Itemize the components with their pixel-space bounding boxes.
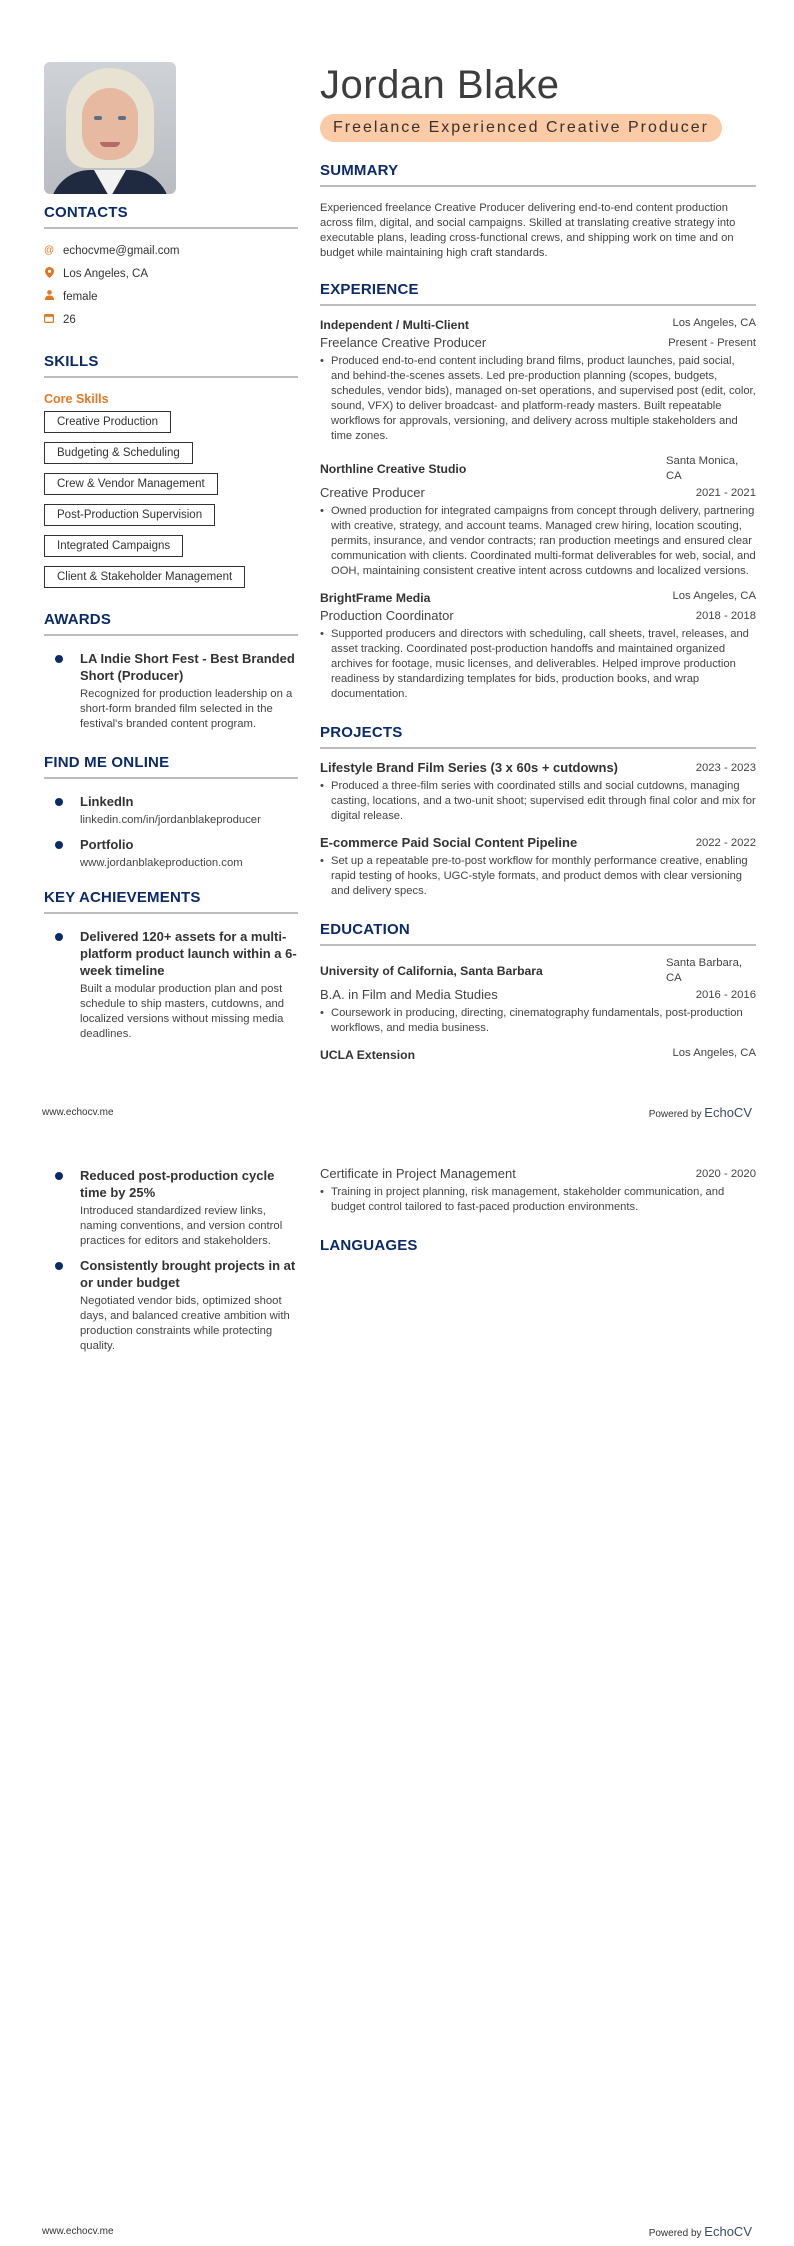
- summary-text: Experienced freelance Creative Producer …: [320, 201, 756, 261]
- bullet-dot: [55, 933, 63, 941]
- left-column: CONTACTS @ echocvme@gmail.com Los Angele…: [44, 62, 298, 1050]
- experience-section: EXPERIENCE Independent / Multi-Client Lo…: [320, 281, 756, 702]
- powered-by: Powered by EchoCV: [649, 2224, 752, 2239]
- page-footer: www.echocv.me Powered by EchoCV: [0, 2222, 794, 2242]
- contact-age: 26: [44, 308, 298, 331]
- bullet-dot: [55, 1262, 63, 1270]
- right-column: Jordan Blake Freelance Experienced Creat…: [320, 62, 756, 1070]
- skills-section: SKILLS Core Skills Creative Production B…: [44, 353, 298, 597]
- experience-entry: BrightFrame Media Los Angeles, CA Produc…: [320, 589, 756, 702]
- calendar-icon: [44, 314, 54, 326]
- achievement-item: Consistently brought projects in at or u…: [44, 1257, 298, 1354]
- skill-chip: Budgeting & Scheduling: [44, 442, 193, 464]
- online-section: FIND ME ONLINE LinkedIn linkedin.com/in/…: [44, 754, 298, 871]
- project-entry: E-commerce Paid Social Content Pipeline …: [320, 834, 756, 899]
- left-column-continued: Reduced post-production cycle time by 25…: [44, 1167, 298, 1362]
- page-footer: www.echocv.me Powered by EchoCV: [0, 1103, 794, 1123]
- skill-chip: Post-Production Supervision: [44, 504, 215, 526]
- experience-entry: Independent / Multi-Client Los Angeles, …: [320, 316, 756, 444]
- powered-by: Powered by EchoCV: [649, 1105, 752, 1120]
- contacts-section: CONTACTS @ echocvme@gmail.com Los Angele…: [44, 204, 298, 331]
- experience-entry: Northline Creative Studio Santa Monica, …: [320, 454, 756, 579]
- location-pin-icon: [44, 267, 54, 281]
- awards-section: AWARDS LA Indie Short Fest - Best Brande…: [44, 611, 298, 732]
- linkedin-link[interactable]: linkedin.com/in/jordanblakeproducer: [80, 813, 298, 828]
- project-entry: Lifestyle Brand Film Series (3 x 60s + c…: [320, 759, 756, 824]
- summary-section: SUMMARY Experienced freelance Creative P…: [320, 162, 756, 261]
- achievements-section: KEY ACHIEVEMENTS Delivered 120+ assets f…: [44, 889, 298, 1042]
- footer-site-link[interactable]: www.echocv.me: [42, 2226, 114, 2237]
- achievements-heading: KEY ACHIEVEMENTS: [44, 889, 298, 914]
- bullet-dot: [55, 798, 63, 806]
- right-column-continued: Certificate in Project Management 2020 -…: [320, 1165, 756, 1260]
- contact-email: @ echocvme@gmail.com: [44, 239, 298, 262]
- languages-heading: LANGUAGES: [320, 1237, 756, 1260]
- experience-heading: EXPERIENCE: [320, 281, 756, 306]
- education-entry-continued: Certificate in Project Management 2020 -…: [320, 1165, 756, 1215]
- candidate-name: Jordan Blake: [320, 62, 756, 108]
- job-title-badge: Freelance Experienced Creative Producer: [320, 114, 722, 142]
- online-heading: FIND ME ONLINE: [44, 754, 298, 779]
- contact-location: Los Angeles, CA: [44, 262, 298, 285]
- skills-group-label: Core Skills: [44, 392, 298, 406]
- person-icon: [44, 290, 54, 303]
- education-entry: University of California, Santa Barbara …: [320, 956, 756, 1036]
- bullet-dot: [55, 655, 63, 663]
- skill-chip: Integrated Campaigns: [44, 535, 183, 557]
- skills-heading: SKILLS: [44, 353, 298, 378]
- skill-chip: Crew & Vendor Management: [44, 473, 218, 495]
- skill-chip: Client & Stakeholder Management: [44, 566, 245, 588]
- contact-gender: female: [44, 285, 298, 308]
- languages-section: LANGUAGES: [320, 1237, 756, 1260]
- at-icon: @: [44, 245, 54, 256]
- education-heading: EDUCATION: [320, 921, 756, 946]
- contacts-heading: CONTACTS: [44, 204, 298, 229]
- summary-heading: SUMMARY: [320, 162, 756, 187]
- education-section: EDUCATION University of California, Sant…: [320, 921, 756, 1070]
- portfolio-link[interactable]: www.jordanblakeproduction.com: [80, 856, 298, 871]
- resume-page-1: CONTACTS @ echocvme@gmail.com Los Angele…: [0, 0, 794, 1123]
- brand-logo: EchoCV: [704, 1105, 752, 1120]
- projects-section: PROJECTS Lifestyle Brand Film Series (3 …: [320, 724, 756, 899]
- award-item: LA Indie Short Fest - Best Branded Short…: [44, 650, 298, 732]
- bullet-dot: [55, 841, 63, 849]
- skill-chip: Creative Production: [44, 411, 171, 433]
- online-item-portfolio[interactable]: Portfolio www.jordanblakeproduction.com: [44, 836, 298, 871]
- profile-photo: [44, 62, 176, 194]
- footer-site-link[interactable]: www.echocv.me: [42, 1107, 114, 1118]
- projects-heading: PROJECTS: [320, 724, 756, 749]
- achievement-item: Reduced post-production cycle time by 25…: [44, 1167, 298, 1249]
- awards-heading: AWARDS: [44, 611, 298, 636]
- bullet-dot: [55, 1172, 63, 1180]
- brand-logo: EchoCV: [704, 2224, 752, 2239]
- education-entry: UCLA Extension Los Angeles, CA: [320, 1046, 756, 1070]
- achievement-item: Delivered 120+ assets for a multi-platfo…: [44, 928, 298, 1042]
- online-item-linkedin[interactable]: LinkedIn linkedin.com/in/jordanblakeprod…: [44, 793, 298, 828]
- resume-page-2: Reduced post-production cycle time by 25…: [0, 1123, 794, 2246]
